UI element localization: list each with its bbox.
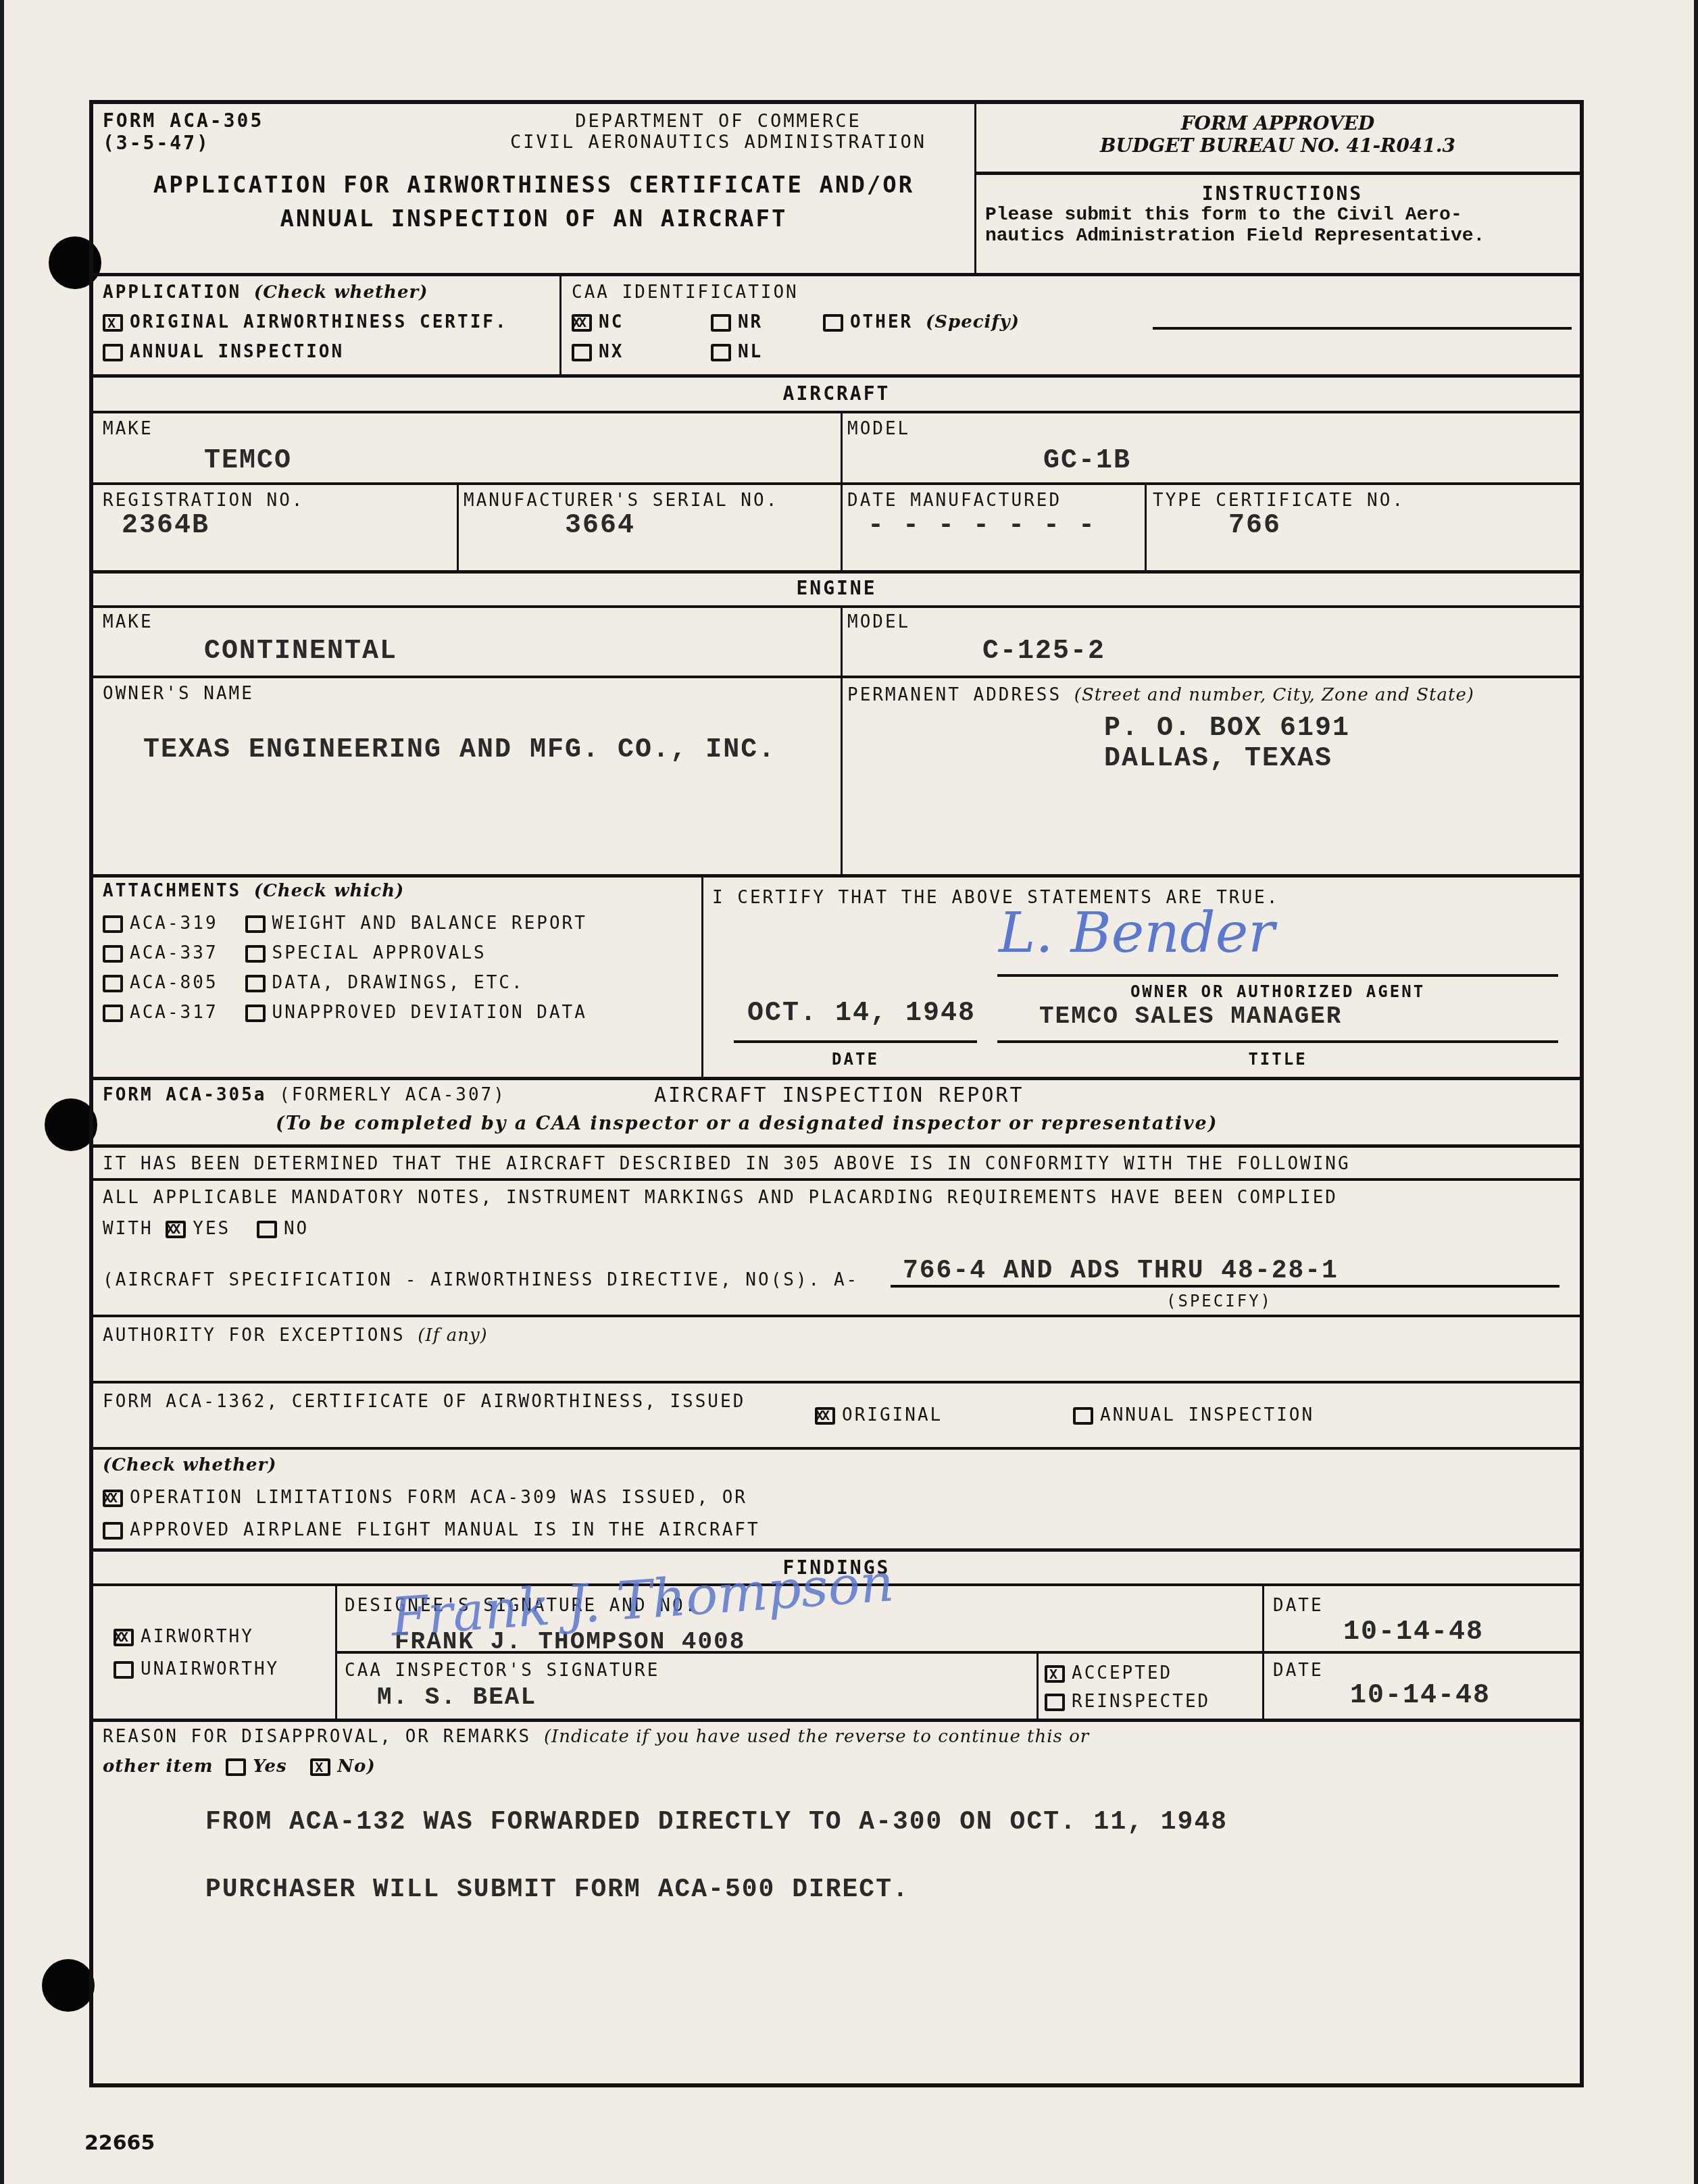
inspector-value: M. S. BEAL <box>377 1683 536 1711</box>
date-caption: DATE <box>734 1050 977 1069</box>
application-label: APPLICATION <box>103 282 241 303</box>
aircraft-section-title: AIRCRAFT <box>93 382 1580 405</box>
form-title-line1: APPLICATION FOR AIRWORTHINESS CERTIFICAT… <box>93 172 974 199</box>
checkbox-checked[interactable] <box>103 314 123 332</box>
inspector-date-label: DATE <box>1273 1660 1324 1681</box>
option-nr[interactable]: NR <box>711 312 763 332</box>
form-revision-date: (3-5-47) <box>103 132 264 154</box>
spec-label: (AIRCRAFT SPECIFICATION - AIRWORTHINESS … <box>103 1270 859 1290</box>
attachment-aca-319[interactable]: ACA-319 <box>103 913 218 934</box>
exceptions-field: AUTHORITY FOR EXCEPTIONS (If any) <box>103 1325 488 1346</box>
owner-signature: L. Bender <box>999 901 1274 965</box>
attachment-weight-balance[interactable]: WEIGHT AND BALANCE REPORT <box>245 913 587 934</box>
registration-value: 2364B <box>122 511 304 541</box>
owner-address-field: PERMANENT ADDRESS (Street and number, Ci… <box>847 684 1570 774</box>
registration-field: REGISTRATION NO. 2364B <box>103 490 304 541</box>
document-number: 22665 <box>84 2131 155 2155</box>
compliance-no[interactable]: NO <box>257 1219 309 1239</box>
attachment-unapproved-deviation[interactable]: UNAPPROVED DEVIATION DATA <box>245 1002 587 1023</box>
form-approval-block: FORM APPROVED BUDGET BUREAU NO. 41-R041.… <box>977 112 1578 157</box>
scan-edge-right <box>1694 0 1698 2184</box>
signature-caption: OWNER OR AUTHORIZED AGENT <box>997 982 1558 1001</box>
form-number-block: FORM ACA-305 (3-5-47) <box>103 109 264 154</box>
inspection-report-title: AIRCRAFT INSPECTION REPORT <box>654 1084 1024 1107</box>
operation-limitations-option[interactable]: OPERATION LIMITATIONS FORM ACA-309 WAS I… <box>103 1488 747 1508</box>
caa-identification-label: CAA IDENTIFICATION <box>572 282 1572 303</box>
owner-name-field: OWNER'S NAME TEXAS ENGINEERING AND MFG. … <box>103 684 776 765</box>
airworthy-option[interactable]: AIRWORTHY <box>114 1627 254 1647</box>
remarks-line2: PURCHASER WILL SUBMIT FORM ACA-500 DIREC… <box>205 1875 909 1904</box>
form-number: FORM ACA-305 <box>103 109 264 132</box>
date-manufactured-value: - - - - - - - <box>868 511 1096 541</box>
application-hint: (Check whether) <box>254 282 428 303</box>
inspector-signature-label: CAA INSPECTOR'S SIGNATURE <box>345 1660 659 1681</box>
compliance-yes[interactable]: YES <box>166 1219 230 1239</box>
option-original-certif[interactable]: ORIGINAL AIRWORTHINESS CERTIF. <box>103 312 508 332</box>
scan-edge-left <box>0 0 4 2184</box>
remarks-reverse-used: other item Yes No) <box>103 1756 376 1777</box>
option-nl[interactable]: NL <box>711 342 763 362</box>
instructions-block: INSTRUCTIONS Please submit this form to … <box>985 182 1580 247</box>
flight-manual-option[interactable]: APPROVED AIRPLANE FLIGHT MANUAL IS IN TH… <box>103 1520 760 1540</box>
spec-value[interactable]: 766-4 AND ADS THRU 48-28-1 <box>903 1256 1339 1286</box>
attachment-aca-317[interactable]: ACA-317 <box>103 1002 218 1023</box>
budget-bureau-number: BUDGET BUREAU NO. 41-R041.3 <box>977 134 1578 157</box>
aircraft-make-field: MAKE TEMCO <box>103 419 292 476</box>
signature-line <box>997 974 1558 977</box>
serial-number-field: MANUFACTURER'S SERIAL NO. 3664 <box>464 490 778 541</box>
remarks-line1: FROM ACA-132 WAS FORWARDED DIRECTLY TO A… <box>205 1808 1228 1837</box>
certification-title-value: TEMCO SALES MANAGER <box>1039 1002 1342 1030</box>
attachment-aca-337[interactable]: ACA-337 <box>103 943 218 963</box>
option-nc[interactable]: NC <box>572 312 624 332</box>
engine-section-title: ENGINE <box>93 577 1580 599</box>
designee-date-label: DATE <box>1273 1596 1324 1616</box>
form-title: APPLICATION FOR AIRWORTHINESS CERTIFICAT… <box>93 172 974 232</box>
type-certificate-field: TYPE CERTIFICATE NO. 766 <box>1153 490 1405 541</box>
cert-original-option[interactable]: ORIGINAL <box>815 1405 943 1425</box>
mandatory-compliance: WITH YES NO <box>103 1219 309 1239</box>
attachments-section: ATTACHMENTS (Check which) ACA-319 ACA-33… <box>103 881 587 1023</box>
form-approved: FORM APPROVED <box>977 112 1578 134</box>
mandatory-notes-statement: ALL APPLICABLE MANDATORY NOTES, INSTRUME… <box>103 1188 1338 1208</box>
option-annual-inspection[interactable]: ANNUAL INSPECTION <box>103 342 508 362</box>
address-line2: DALLAS, TEXAS <box>1104 744 1570 774</box>
owner-name-value: TEXAS ENGINEERING AND MFG. CO., INC. <box>143 735 776 765</box>
cert-annual-option[interactable]: ANNUAL INSPECTION <box>1073 1405 1314 1425</box>
certificate-issued-label: FORM ACA-1362, CERTIFICATE OF AIRWORTHIN… <box>103 1392 745 1412</box>
application-section: APPLICATION (Check whether) ORIGINAL AIR… <box>103 282 508 362</box>
unairworthy-option[interactable]: UNAIRWORTHY <box>114 1659 279 1679</box>
instructions-line1: Please submit this form to the Civil Aer… <box>985 205 1580 226</box>
aircraft-model-value: GC-1B <box>1043 446 1131 476</box>
spec-caption: (SPECIFY) <box>1166 1292 1272 1311</box>
agency: CIVIL AERONAUTICS ADMINISTRATION <box>499 132 938 153</box>
agency-block: DEPARTMENT OF COMMERCE CIVIL AERONAUTICS… <box>499 111 938 153</box>
caa-identification-section: CAA IDENTIFICATION NC NR OTHER (Specify)… <box>572 282 1572 362</box>
address-line1: P. O. BOX 6191 <box>1104 713 1570 744</box>
serial-number-value: 3664 <box>565 511 778 541</box>
checkbox-unchecked[interactable] <box>103 344 123 361</box>
instructions-line2: nautics Administration Field Representat… <box>985 226 1580 247</box>
option-other[interactable]: OTHER (Specify) <box>823 312 1020 332</box>
inspection-report-subtitle: (To be completed by a CAA inspector or a… <box>276 1113 1218 1134</box>
attachment-data-drawings[interactable]: DATA, DRAWINGS, ETC. <box>245 973 587 993</box>
engine-model-value: C-125-2 <box>982 636 1105 667</box>
inspection-form-number: FORM ACA-305a (FORMERLY ACA-307) <box>103 1085 506 1105</box>
remarks-label: REASON FOR DISAPPROVAL, OR REMARKS (Indi… <box>103 1727 1089 1747</box>
airworthiness-application-form: FORM ACA-305 (3-5-47) DEPARTMENT OF COMM… <box>89 100 1584 2087</box>
attachment-special-approvals[interactable]: SPECIAL APPROVALS <box>245 943 587 963</box>
accepted-option[interactable]: ACCEPTED <box>1045 1663 1172 1683</box>
reverse-yes[interactable]: Yes <box>226 1756 286 1777</box>
inspector-date-value: 10-14-48 <box>1350 1681 1491 1711</box>
check-whether-hint: (Check whether) <box>103 1455 277 1475</box>
title-caption: TITLE <box>997 1050 1558 1069</box>
engine-model-field: MODEL C-125-2 <box>847 612 1105 667</box>
reverse-no[interactable]: No) <box>310 1756 375 1777</box>
attachment-aca-805[interactable]: ACA-805 <box>103 973 218 993</box>
engine-make-field: MAKE CONTINENTAL <box>103 612 397 667</box>
type-certificate-value: 766 <box>1228 511 1405 541</box>
aircraft-make-value: TEMCO <box>204 446 292 476</box>
instructions-title: INSTRUCTIONS <box>985 182 1580 205</box>
aircraft-model-field: MODEL GC-1B <box>847 419 1131 476</box>
reinspected-option[interactable]: REINSPECTED <box>1045 1692 1210 1712</box>
department: DEPARTMENT OF COMMERCE <box>499 111 938 132</box>
engine-make-value: CONTINENTAL <box>204 636 397 667</box>
designee-date-value: 10-14-48 <box>1343 1617 1484 1648</box>
conformity-statement: IT HAS BEEN DETERMINED THAT THE AIRCRAFT… <box>103 1154 1351 1174</box>
date-manufactured-field: DATE MANUFACTURED - - - - - - - <box>847 490 1096 541</box>
other-specify-line[interactable] <box>1153 327 1572 330</box>
option-nx[interactable]: NX <box>572 342 624 362</box>
form-title-line2: ANNUAL INSPECTION OF AN AIRCRAFT <box>93 205 974 232</box>
certification-date-value: OCT. 14, 1948 <box>747 998 976 1029</box>
binder-hole-bottom <box>42 1959 95 2012</box>
